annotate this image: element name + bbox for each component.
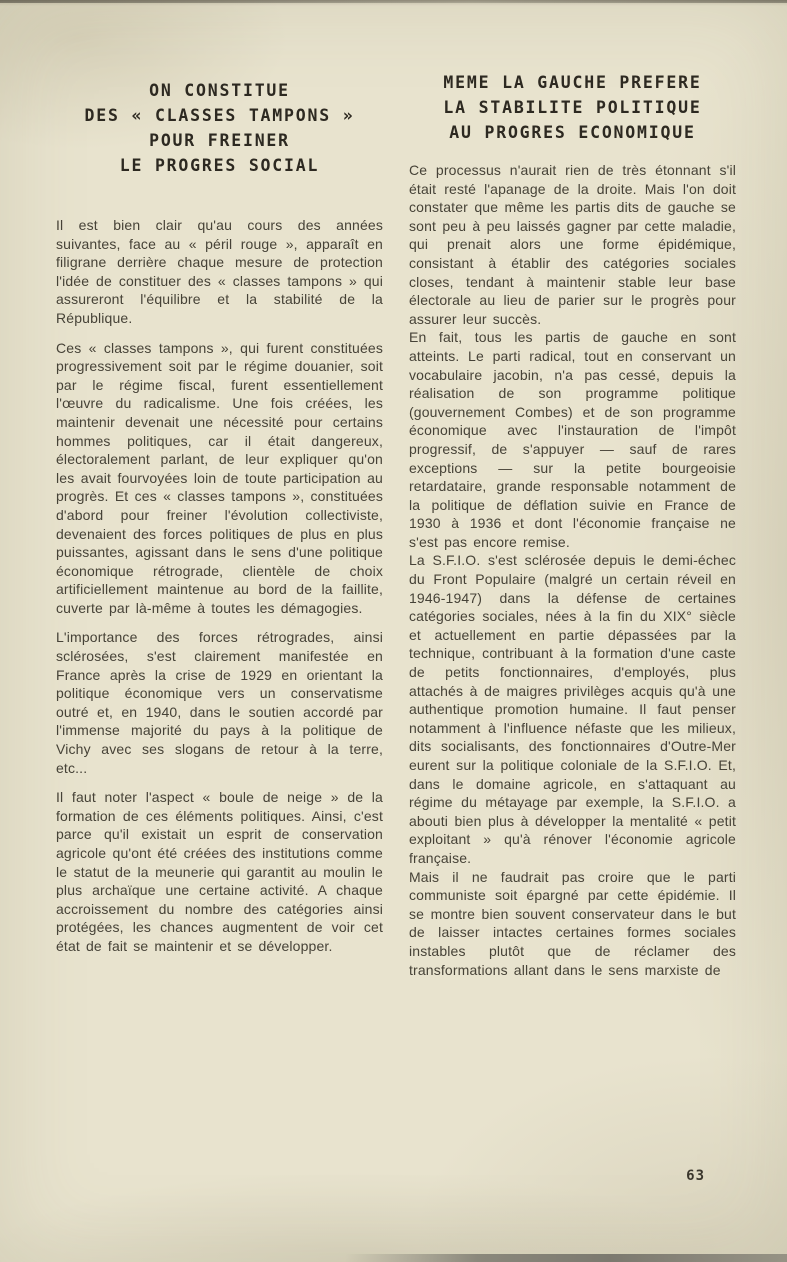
left-paragraph-3: L'importance des forces rétrogrades, ain… xyxy=(56,628,383,777)
right-paragraph-3: La S.F.I.O. s'est sclérosée depuis le de… xyxy=(409,551,736,867)
scan-edge-artifact-bottom xyxy=(345,1254,787,1262)
right-heading-line-1: MEME LA GAUCHE PREFERE xyxy=(409,70,736,95)
scanned-page: ON CONSTITUE DES « CLASSES TAMPONS » POU… xyxy=(0,0,787,1262)
left-heading-line-3: POUR FREINER xyxy=(56,128,383,153)
left-heading-line-1: ON CONSTITUE xyxy=(56,78,383,103)
two-column-layout: ON CONSTITUE DES « CLASSES TAMPONS » POU… xyxy=(0,0,787,979)
left-column-heading: ON CONSTITUE DES « CLASSES TAMPONS » POU… xyxy=(56,78,383,178)
right-paragraph-1: Ce processus n'aurait rien de très étonn… xyxy=(409,161,736,328)
left-column: ON CONSTITUE DES « CLASSES TAMPONS » POU… xyxy=(56,70,383,979)
left-heading-line-4: LE PROGRES SOCIAL xyxy=(56,153,383,178)
right-column: MEME LA GAUCHE PREFERE LA STABILITE POLI… xyxy=(409,70,736,979)
left-paragraph-1: Il est bien clair qu'au cours des années… xyxy=(56,216,383,328)
right-heading-line-3: AU PROGRES ECONOMIQUE xyxy=(409,120,736,145)
page-number: 63 xyxy=(686,1168,705,1184)
right-heading-line-2: LA STABILITE POLITIQUE xyxy=(409,95,736,120)
left-heading-line-2: DES « CLASSES TAMPONS » xyxy=(56,103,383,128)
left-paragraph-4: Il faut noter l'aspect « boule de neige … xyxy=(56,788,383,955)
left-paragraph-2: Ces « classes tampons », qui furent cons… xyxy=(56,339,383,618)
right-column-heading: MEME LA GAUCHE PREFERE LA STABILITE POLI… xyxy=(409,70,736,145)
scan-edge-artifact-top xyxy=(0,0,787,3)
right-paragraph-4: Mais il ne faudrait pas croire que le pa… xyxy=(409,868,736,980)
right-paragraph-2: En fait, tous les partis de gauche en so… xyxy=(409,328,736,551)
